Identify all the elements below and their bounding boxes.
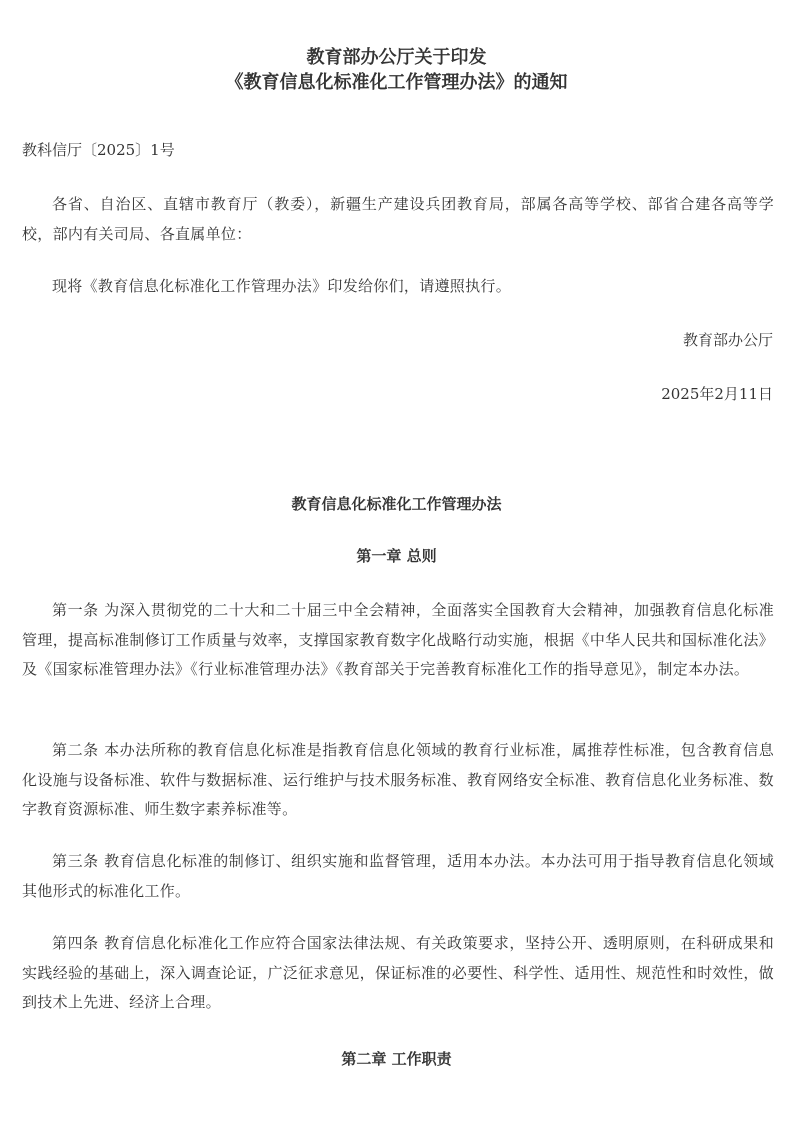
chapter-heading: 第二章 工作职责 xyxy=(0,1049,793,1069)
issue-date: 2025年2月11日 xyxy=(661,384,773,404)
notice-body-paragraph: 现将《教育信息化标准化工作管理办法》印发给你们，请遵照执行。 xyxy=(22,272,774,302)
document-page: 教育部办公厅关于印发 《教育信息化标准化工作管理办法》的通知 教科信厅〔2025… xyxy=(0,0,793,1122)
document-number: 教科信厅〔2025〕1号 xyxy=(22,140,175,160)
recipients-paragraph: 各省、自治区、直辖市教育厅（教委），新疆生产建设兵团教育局，部属各高等学校、部省… xyxy=(22,190,774,249)
article-paragraph: 第二条 本办法所称的教育信息化标准是指教育信息化领域的教育行业标准，属推荐性标准… xyxy=(22,736,774,825)
issuer-signature: 教育部办公厅 xyxy=(683,330,773,350)
article-paragraph: 第一条 为深入贯彻党的二十大和二十届三中全会精神，全面落实全国教育大会精神，加强… xyxy=(22,596,774,685)
regulation-title: 教育信息化标准化工作管理办法 xyxy=(0,494,793,514)
notice-title-line-1: 教育部办公厅关于印发 xyxy=(0,45,793,70)
chapter-heading: 第一章 总则 xyxy=(0,546,793,566)
article-paragraph: 第三条 教育信息化标准的制修订、组织实施和监督管理，适用本办法。本办法可用于指导… xyxy=(22,847,774,906)
notice-title-line-2: 《教育信息化标准化工作管理办法》的通知 xyxy=(0,70,793,95)
article-paragraph: 第四条 教育信息化标准化工作应符合国家法律法规、有关政策要求，坚持公开、透明原则… xyxy=(22,929,774,1018)
